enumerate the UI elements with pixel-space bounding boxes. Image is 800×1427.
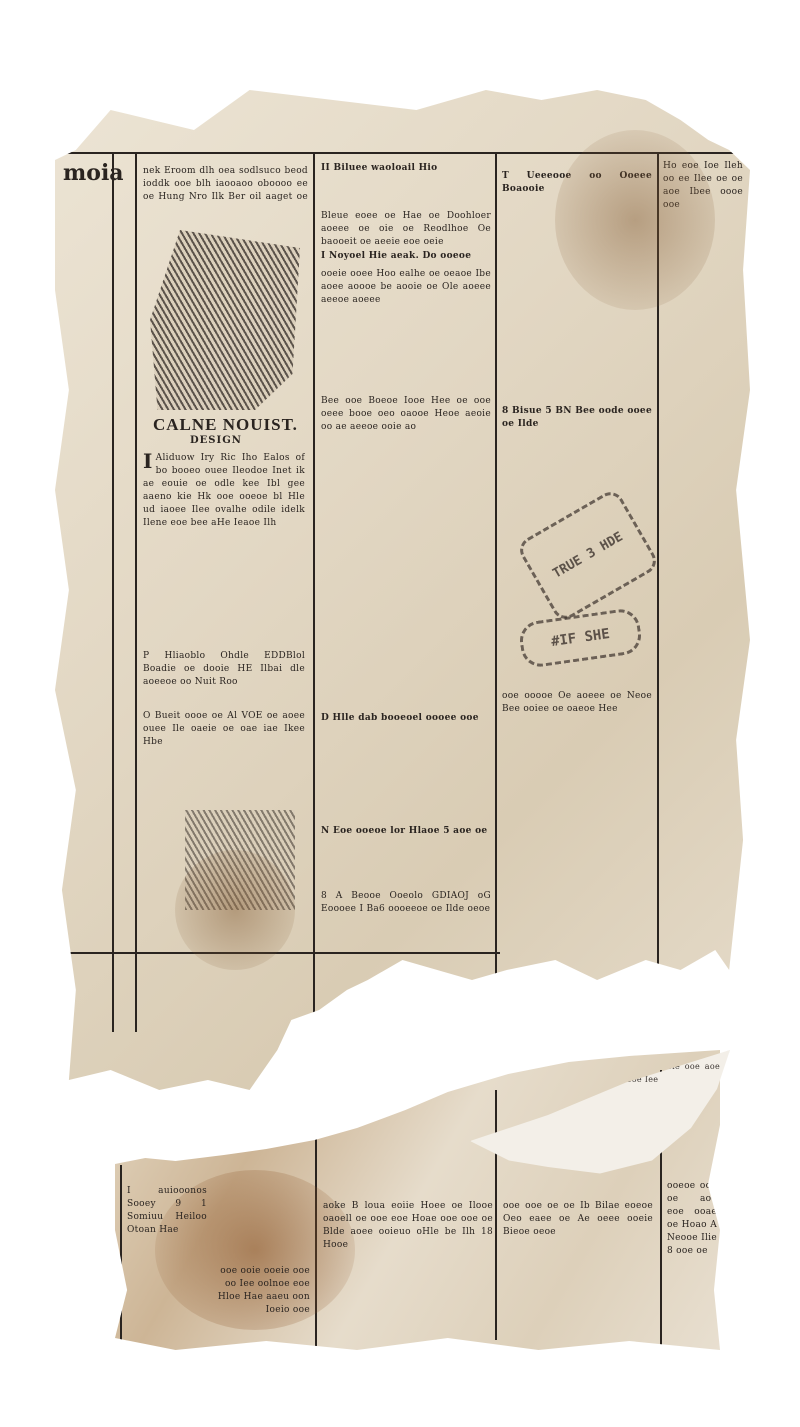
column-two-headline: CALNE NOUIST. (153, 415, 298, 435)
bottom-column-three: aoke B loua eoiie Hoee oe Ilooe oaoell o… (323, 1200, 493, 1330)
bottom-column-two: ooe ooie ooeie ooe oo Iee oolnoe eoe Hlo… (215, 1265, 310, 1335)
bottom-column-five: ooeoe ooe oe aoe eoe ooae oe Hoao A Neoo… (667, 1180, 717, 1330)
column-two-subhead: DESIGN (190, 435, 242, 446)
stain (555, 130, 715, 310)
bottom-column-four: ooe ooe oe oe Ib Bilae eoeoe Oeo eaee oe… (503, 1200, 653, 1330)
column-three-section-n: N Eoe ooeoe lor Hlaoe 5 aoe oe (321, 825, 491, 845)
column-rule (120, 1165, 122, 1345)
column-three-body-2: ooeie ooee Hoo ealhe oe oeaoe Ibe aoee a… (321, 268, 491, 378)
bottom-rule (60, 952, 500, 954)
column-rule (313, 152, 315, 1032)
column-three-section-i: I Noyoel Hie aeak. Do ooeoe (321, 250, 491, 266)
column-two-section-o: O Bueit oooe oe Al VOE oe aoee ouee Ile … (143, 710, 305, 780)
postal-stamp-top: TRUE 3 HDE (515, 487, 661, 624)
postal-stamp-bottom: #IF SHE (517, 607, 643, 669)
column-four-body: ooe ooooe Oe aoeee oe Neoe Bee ooiee oe … (502, 690, 652, 910)
newspaper-scrap-top: moia nek Eroom dlh oea sodlsuco beod iod… (55, 90, 750, 1090)
column-rule (495, 152, 497, 992)
column-three-section-d: D Hlle dab booeoel oooee ooe (321, 712, 491, 822)
masthead: moia (63, 160, 124, 186)
column-rule (495, 1090, 497, 1340)
column-two-section-p: P Hliaoblo Ohdle EDDBlol Boadie oe dooie… (143, 650, 305, 700)
column-rule (112, 152, 114, 1032)
stain (175, 850, 295, 970)
column-three-headline: II Biluee waoloail Hio (321, 162, 491, 212)
building-illustration (150, 230, 300, 410)
column-three-body-3: Bee ooe Boeoe Iooe Hee oe ooe oeee booe … (321, 395, 491, 595)
column-three-footer: 8 A Beooe Ooeolo GDIAOJ oG Eoooee I Ba6 … (321, 890, 491, 920)
column-two-body: IAliduow Iry Ric Iho Ealos of bo booeo o… (143, 452, 305, 622)
bottom-column-one: I auiooonos Sooey 9 1 Somiuu Heiloo Otoa… (127, 1185, 207, 1275)
column-four-section-8: 8 Bisue 5 BN Bee oode ooee oe Ilde (502, 405, 652, 465)
column-three-body-1: Bleue eoee oe Hae oe Doohloer aoeee oe o… (321, 210, 491, 250)
intro-text: nek Eroom dlh oea sodlsuco beod ioddk oo… (143, 165, 308, 205)
column-rule (135, 152, 137, 1032)
